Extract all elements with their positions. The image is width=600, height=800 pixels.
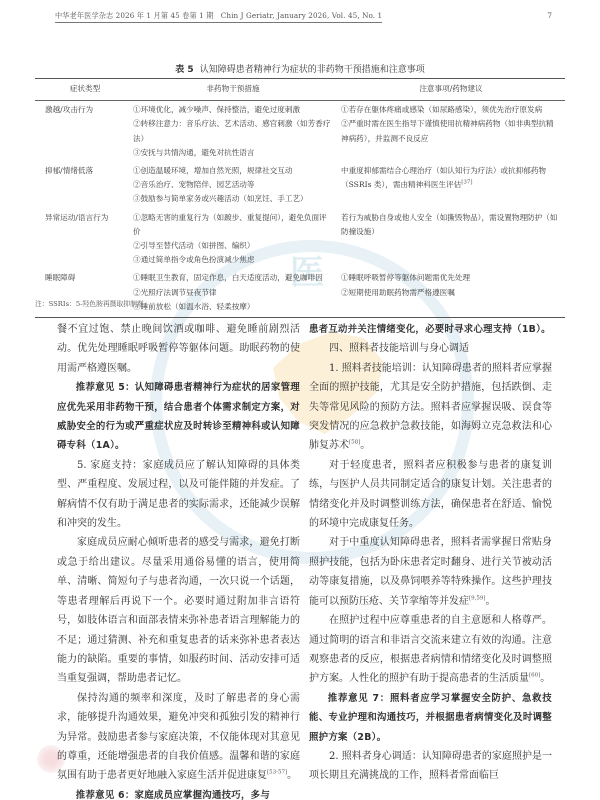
symptom-type: 激越/攻击行为 [35, 101, 129, 162]
page-number: 7 [547, 11, 552, 20]
citation: [58] [349, 440, 360, 446]
symptom-type: 异常运动/语言行为 [35, 209, 129, 270]
column-header-symptom: 症状类型 [35, 79, 129, 101]
intervention-item: ③睡前放松（如温水浴、轻柔按摩） [133, 300, 333, 314]
table-row: 激越/攻击行为 ①环境优化，减少噪声、保持整洁，避免过度刺激 ②转移注意力：音乐… [35, 101, 565, 162]
table-footnote: 注：SSRIs：5-羟色胺再摄取抑制剂。 [35, 298, 150, 308]
body-paragraph: 餐不宜过饱、禁止晚间饮酒或咖啡、避免睡前剧烈活动。优先处理睡眠呼吸暂停等躯体问题… [57, 320, 300, 378]
note-item: 若行为威胁自身或他人安全（如撕毁物品），需设置物理防护（如防撞设施） [341, 211, 561, 239]
body-paragraph: 1. 照料者技能培训：认知障碍患者的照料者应掌握全面的照护技能，尤其是安全防护措… [309, 359, 552, 456]
notes-cell: 若行为威胁自身或他人安全（如撕毁物品），需设置物理防护（如防撞设施） [337, 209, 565, 270]
note-item: ②短期使用助眠药物需严格遵医嘱 [341, 286, 561, 300]
note-item: ①睡眠呼吸暂停等躯体问题需优先处理 [341, 271, 561, 285]
column-header-interventions: 非药物干预措施 [129, 79, 337, 101]
symptom-type: 睡眠障碍 [35, 269, 129, 317]
running-header: 中华老年医学杂志 2026 年 1 月第 45 卷第 1 期 Chin J Ge… [55, 11, 545, 23]
interventions-cell: ①睡眠卫生教育，固定作息，白天适度活动，避免咖啡因 ②光照疗法调节昼夜节律 ③睡… [129, 269, 337, 317]
body-paragraph: 家庭成员应耐心倾听患者的感受与需求，避免打断或急于给出建议。尽量采用通俗易懂的语… [57, 533, 300, 688]
intervention-item: ①环境优化，减少噪声、保持整洁，避免过度刺激 [133, 103, 333, 117]
intervention-item: ①创造温暖环境，增加自然光照，规律社交互动 [133, 164, 333, 178]
note-item: ①若存在躯体疼痛或感染（如尿路感染），须优先治疗原发病 [341, 103, 561, 117]
table-title: 认知障碍患者精神行为症状的非药物干预措施和注意事项 [200, 65, 425, 75]
notes-cell: ①若存在躯体疼痛或感染（如尿路感染），须优先治疗原发病 ②严重时需在医生指导下谨… [337, 101, 565, 162]
intervention-item: ①忽略无害的重复行为（如踱步、重复提问），避免负面评价 [133, 211, 333, 239]
citation: [53-57] [267, 770, 287, 776]
body-paragraph: 5. 家庭支持：家庭成员应了解认知障碍的具体类型、严重程度、发展过程，以及可能伴… [57, 456, 300, 534]
paragraph-text: 在照护过程中应尊重患者的自主意愿和人格尊严。通过简明的语言和非语言交流来建立有效… [309, 615, 552, 684]
section-heading: 四、照料者技能培训与身心调适 [309, 339, 552, 358]
recommendation-5: 推荐意见 5：认知障碍患者精神行为症状的居家管理应优先采用非药物干预，结合患者个… [57, 378, 300, 456]
recommendation-6-start: 推荐意见 6：家庭成员应掌握沟通技巧，多与 [57, 786, 300, 800]
left-column: 餐不宜过饱、禁止晚间饮酒或咖啡、避免睡前剧烈活动。优先处理睡眠呼吸暂停等躯体问题… [57, 320, 300, 800]
table-row: 睡眠障碍 ①睡眠卫生教育，固定作息，白天适度活动，避免咖啡因 ②光照疗法调节昼夜… [35, 269, 565, 317]
interventions-cell: ①忽略无害的重复行为（如踱步、重复提问），避免负面评价 ②引导至替代活动（如拼图… [129, 209, 337, 270]
notes-cell: ①睡眠呼吸暂停等躯体问题需优先处理 ②短期使用助眠药物需严格遵医嘱 [337, 269, 565, 317]
right-column: 患者互动并关注情绪变化，必要时寻求心理支持（1B）。 四、照料者技能培训与身心调… [309, 320, 552, 786]
symptom-type: 抑郁/情绪低落 [35, 162, 129, 209]
table-row: 异常运动/语言行为 ①忽略无害的重复行为（如踱步、重复提问），避免负面评价 ②引… [35, 209, 565, 270]
intervention-item: ③通过简单指令或角色扮演减少焦虑 [133, 253, 333, 267]
paragraph-text: 1. 照料者技能培训：认知障碍患者的照料者应掌握全面的照护技能，尤其是安全防护措… [309, 363, 552, 452]
body-paragraph: 在照护过程中应尊重患者的自主意愿和人格尊严。通过简明的语言和非语言交流来建立有效… [309, 611, 552, 689]
note-item: 中重度抑郁需结合心理治疗（如认知行为疗法）或抗抑郁药物（SSRIs 类），需由精… [341, 166, 546, 189]
recommendation-7: 推荐意见 7：照料者应学习掌握安全防护、急救技能、专业护理和沟通技巧，并根据患者… [309, 689, 552, 747]
intervention-table: 症状类型 非药物干预措施 注意事项/药物建议 激越/攻击行为 ①环境优化，减少噪… [35, 78, 565, 318]
citation: [9,59] [469, 595, 486, 601]
body-paragraph: 对于轻度患者，照料者应积极参与患者的康复训练，与医护人员共同制定适合的康复计划。… [309, 456, 552, 534]
intervention-item: ③鼓励参与简单家务或兴趣活动（如烹饪、手工艺） [133, 192, 333, 206]
journal-running-title: 中华老年医学杂志 2026 年 1 月第 45 卷第 1 期 Chin J Ge… [55, 11, 382, 23]
recommendation-6-end: 患者互动并关注情绪变化，必要时寻求心理支持（1B）。 [309, 320, 552, 339]
body-paragraph: 对于中重度认知障碍患者，照料者需掌握日常贴身照护技能，包括为卧床患者定时翻身、进… [309, 533, 552, 611]
body-paragraph: 2. 照料者身心调适：认知障碍患者的家庭照护是一项长期且充满挑战的工作，照料者常… [309, 747, 552, 786]
column-header-notes: 注意事项/药物建议 [337, 79, 565, 101]
intervention-item: ③安抚与共情沟通，避免对抗性语言 [133, 146, 333, 160]
interventions-cell: ①环境优化，减少噪声、保持整洁，避免过度刺激 ②转移注意力：音乐疗法、艺术活动、… [129, 101, 337, 162]
paragraph-text: 对于中重度认知障碍患者，照料者需掌握日常贴身照护技能，包括为卧床患者定时翻身、进… [309, 537, 552, 606]
intervention-item: ②音乐治疗、宠物陪伴、园艺活动等 [133, 178, 333, 192]
intervention-item: ②引导至替代活动（如拼图、编织） [133, 239, 333, 253]
interventions-cell: ①创造温暖环境，增加自然光照，规律社交互动 ②音乐治疗、宠物陪伴、园艺活动等 ③… [129, 162, 337, 209]
notes-cell: 中重度抑郁需结合心理治疗（如认知行为疗法）或抗抑郁药物（SSRIs 类），需由精… [337, 162, 565, 209]
body-paragraph: 保持沟通的频率和深度，及时了解患者的身心需求，能够提升沟通效果，避免冲突和孤独引… [57, 689, 300, 786]
intervention-item: ②转移注意力：音乐疗法、艺术活动、感官刺激（如芳香疗法） [133, 117, 333, 145]
note-item: ②严重时需在医生指导下谨慎使用抗精神病药物（如非典型抗精神病药），并监测不良反应 [341, 117, 561, 145]
table-row: 抑郁/情绪低落 ①创造温暖环境，增加自然光照，规律社交互动 ②音乐治疗、宠物陪伴… [35, 162, 565, 209]
paragraph-text: 保持沟通的频率和深度，及时了解患者的身心需求，能够提升沟通效果，避免冲突和孤独引… [57, 693, 300, 782]
intervention-item: ①睡眠卫生教育，固定作息，白天适度活动，避免咖啡因 [133, 271, 333, 285]
table-caption: 表 5认知障碍患者精神行为症状的非药物干预措施和注意事项 [35, 62, 565, 75]
intervention-item: ②光照疗法调节昼夜节律 [133, 286, 333, 300]
table-label: 表 5 [175, 65, 193, 75]
table-header-row: 症状类型 非药物干预措施 注意事项/药物建议 [35, 79, 565, 101]
citation: [60] [529, 673, 540, 679]
citation: [37] [461, 180, 472, 186]
